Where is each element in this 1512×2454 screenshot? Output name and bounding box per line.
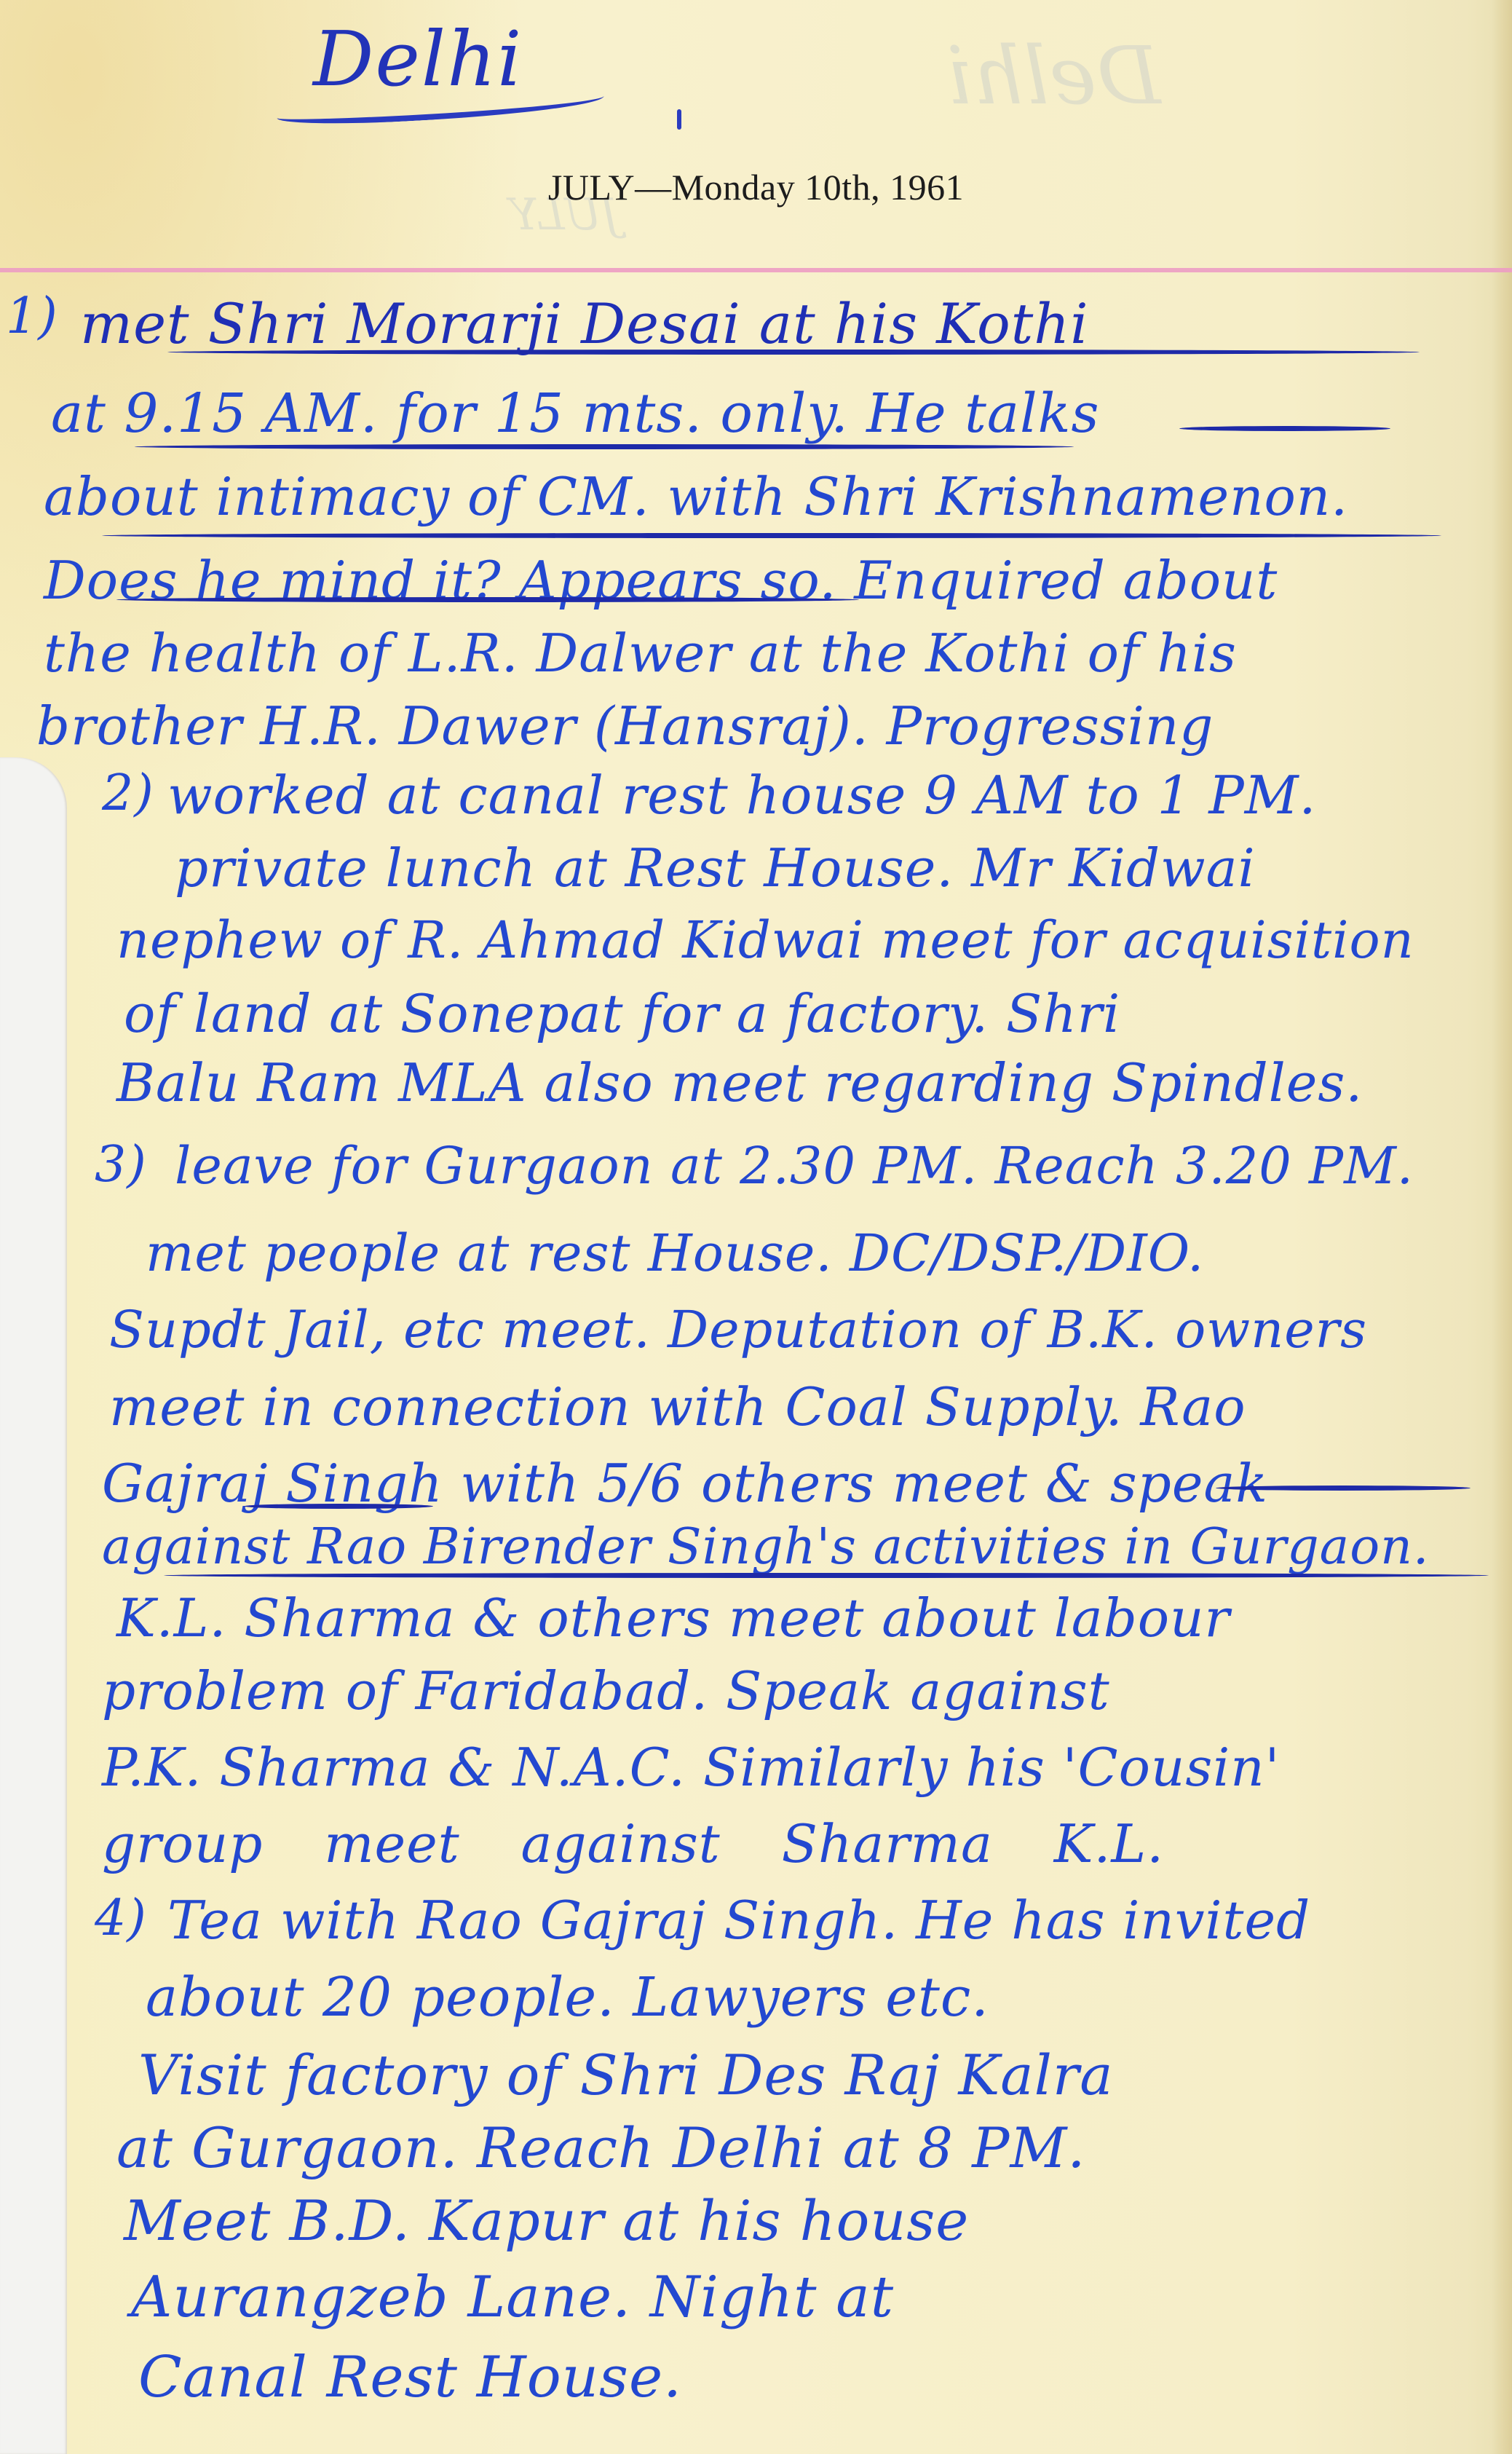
handwritten-underline: [1216, 1486, 1471, 1491]
printed-date-header: JULY—Monday 10th, 1961: [0, 166, 1512, 208]
entry-number: 3): [95, 1136, 147, 1194]
entry-line: of land at Sonepat for a factory. Shri: [124, 983, 1120, 1044]
place-heading: Delhi: [313, 15, 523, 103]
entry-line: about intimacy of CM. with Shri Krishnam…: [44, 466, 1348, 527]
diary-page: Delhi JULY Delhi JULY—Monday 10th, 1961 …: [0, 0, 1512, 2454]
entry-line: met Shri Morarji Desai at his Kothi: [80, 291, 1089, 356]
entry-line: Tea with Rao Gajraj Singh. He has invite…: [167, 1890, 1310, 1951]
entry-line: problem of Faridabad. Speak against: [102, 1660, 1110, 1721]
entry-line: nephew of R. Ahmad Kidwai meet for acqui…: [116, 910, 1414, 970]
entry-line: at 9.15 AM. for 15 mts. only. He talks: [51, 382, 1099, 445]
entry-line: the health of L.R. Dalwer at the Kothi o…: [44, 623, 1237, 684]
page-edge-shadow: [1492, 0, 1512, 2454]
handwritten-underline: [164, 1573, 1489, 1578]
handwritten-underline: [116, 597, 859, 602]
entry-line: against Rao Birender Singh's activities …: [102, 1518, 1430, 1576]
entry-line: about 20 people. Lawyers etc.: [146, 1966, 989, 2029]
handwritten-underline: [135, 444, 1074, 449]
entry-line: leave for Gurgaon at 2.30 PM. Reach 3.20…: [175, 1136, 1414, 1196]
entry-line: Visit factory of Shri Des Raj Kalra: [138, 2043, 1114, 2107]
entry-line: private lunch at Rest House. Mr Kidwai: [175, 837, 1256, 899]
entry-line: group meet against Sharma K.L.: [102, 1813, 1164, 1874]
handwritten-underline: [244, 1504, 433, 1509]
entry-line: P.K. Sharma & N.A.C. Similarly his 'Cous…: [102, 1737, 1280, 1798]
handwritten-underline: [167, 350, 1420, 355]
bleed-through-text: Delhi: [946, 29, 1161, 122]
entry-number: 4): [95, 1890, 147, 1947]
entry-line: worked at canal rest house 9 AM to 1 PM.: [167, 765, 1316, 826]
entry-line: Balu Ram MLA also meet regarding Spindle…: [116, 1052, 1363, 1113]
entry-line: at Gurgaon. Reach Delhi at 8 PM.: [116, 2115, 1085, 2180]
entry-number: 1): [6, 288, 58, 345]
entry-line: Supdt Jail, etc meet. Deputation of B.K.…: [109, 1300, 1367, 1360]
left-page-cutout: [0, 757, 67, 2454]
heading-tick-mark: [677, 109, 681, 130]
handwritten-underline: [1179, 426, 1390, 431]
entry-line: meet in connection with Coal Supply. Rao: [109, 1376, 1246, 1437]
handwritten-underline: [102, 533, 1441, 538]
entry-number: 2): [102, 765, 154, 822]
entry-line: Aurangzeb Lane. Night at: [131, 2265, 894, 2330]
entry-line: Canal Rest House.: [138, 2345, 682, 2410]
entry-line: met people at rest House. DC/DSP./DIO.: [146, 1223, 1204, 1283]
header-rule-line: [0, 268, 1512, 272]
entry-line: K.L. Sharma & others meet about labour: [116, 1587, 1230, 1649]
entry-line: brother H.R. Dawer (Hansraj). Progressin…: [36, 695, 1214, 757]
entry-line: Meet B.D. Kapur at his house: [124, 2188, 969, 2253]
